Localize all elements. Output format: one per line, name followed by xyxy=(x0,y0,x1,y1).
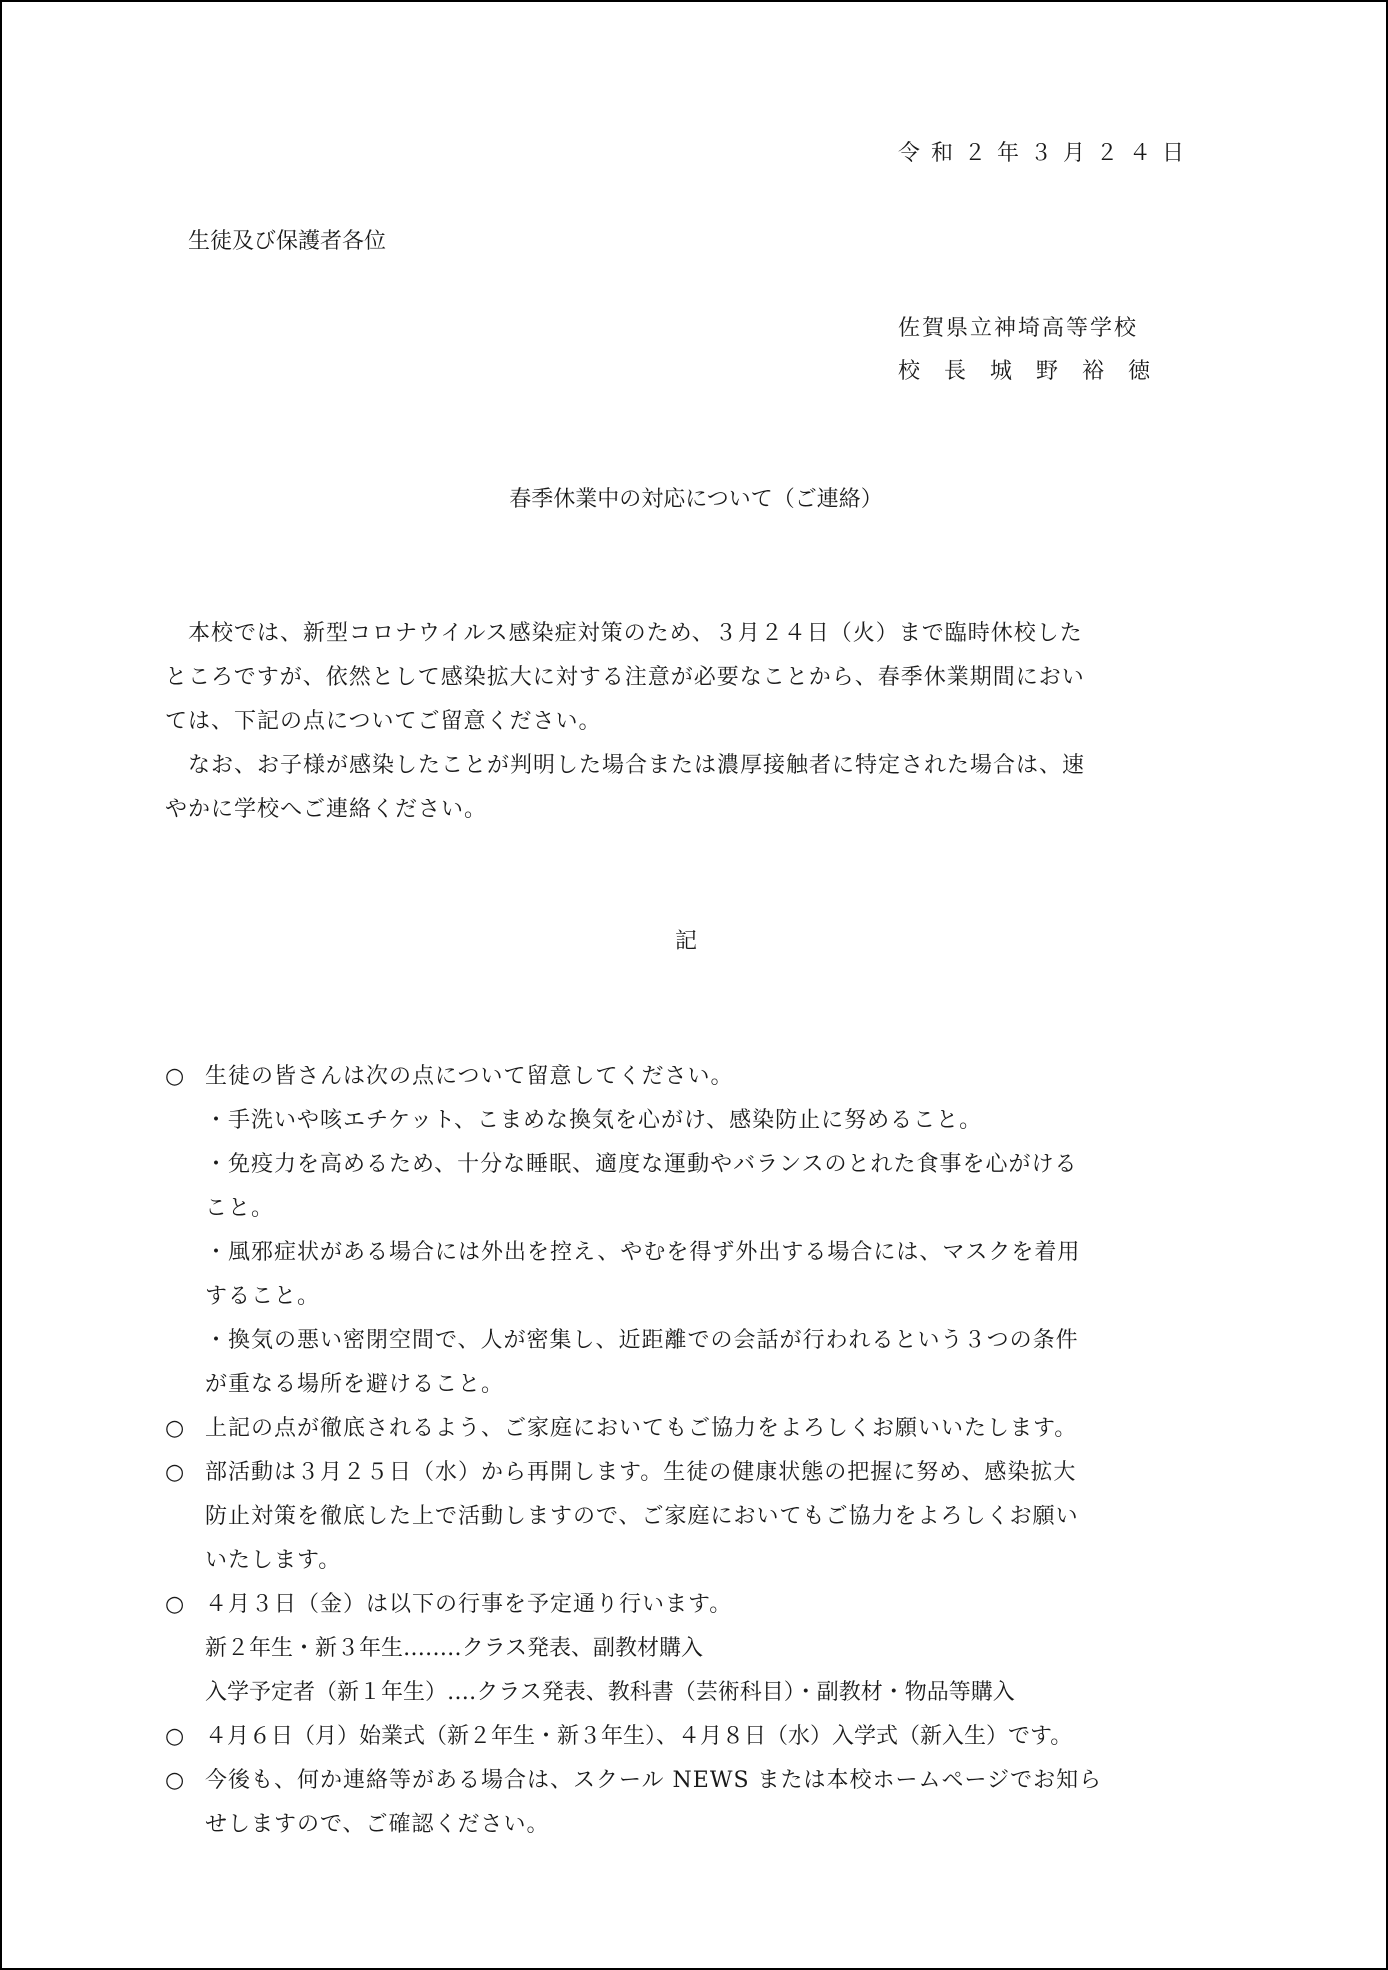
note-line: ４月３日（金）は以下の行事を予定通り行います。 xyxy=(205,1590,732,1620)
note-line: 生徒の皆さんは次の点について留意してください。 xyxy=(205,1062,734,1092)
bullet-circle-icon: ○ xyxy=(165,1590,184,1620)
bullet-circle-icon: ○ xyxy=(165,1062,184,1092)
bullet-circle-icon: ○ xyxy=(165,1458,184,1488)
bullet-circle-icon: ○ xyxy=(165,1766,184,1796)
date: 令 和 ２ 年 ３ 月 ２ ４ 日 xyxy=(898,139,1186,169)
subitem-line: すること。 xyxy=(205,1282,320,1312)
note-line: 今後も、何か連絡等がある場合は、スクール NEWS または本校ホームページでお知… xyxy=(205,1766,1102,1796)
note-line: 部活動は３月２５日（水）から再開します。生徒の健康状態の把握に努め、感染拡大 xyxy=(205,1458,1076,1488)
bullet-circle-icon: ○ xyxy=(165,1722,184,1752)
sender-principal: 校 長 城 野 裕 徳 xyxy=(898,357,1151,387)
sender-school: 佐賀県立神埼高等学校 xyxy=(898,314,1138,344)
note-line: ４月６日（月）始業式（新２年生・新３年生）、４月８日（水）入学式（新入生）です。 xyxy=(205,1722,1072,1752)
addressee: 生徒及び保護者各位 xyxy=(188,227,386,257)
subitem-line: ・手洗いや咳エチケット、こまめな換気を心がけ、感染防止に努めること。 xyxy=(205,1106,982,1136)
schedule-line: 新２年生・新３年生‥‥‥‥クラス発表、副教材購入 xyxy=(205,1634,703,1664)
schedule-line: 入学予定者（新１年生）‥‥クラス発表、教科書（芸術科目）・副教材・物品等購入 xyxy=(205,1678,1015,1708)
document-title: 春季休業中の対応について（ご連絡） xyxy=(2,485,1388,515)
body-line: なお、お子様が感染したことが判明した場合または濃厚接触者に特定された場合は、速 xyxy=(165,751,1085,781)
note-line: せしますので、ご確認ください。 xyxy=(205,1810,550,1840)
subitem-line: が重なる場所を避けること。 xyxy=(205,1370,504,1400)
body-line: ては、下記の点についてご留意ください。 xyxy=(165,707,602,737)
note-line: 防止対策を徹底した上で活動しますので、ご家庭においてもご協力をよろしくお願い xyxy=(205,1502,1079,1532)
note-line: いたします。 xyxy=(205,1546,341,1576)
subitem-line: ・換気の悪い密閉空間で、人が密集し、近距離での会話が行われるという３つの条件 xyxy=(205,1326,1079,1356)
bullet-circle-icon: ○ xyxy=(165,1414,184,1444)
body-line: やかに学校へご連絡ください。 xyxy=(165,795,487,825)
document-page: 令 和 ２ 年 ３ 月 ２ ４ 日 生徒及び保護者各位 佐賀県立神埼高等学校 校… xyxy=(0,0,1388,1970)
body-line: ところですが、依然として感染拡大に対する注意が必要なことから、春季休業期間におい xyxy=(165,663,1085,693)
body-line: 本校では、新型コロナウイルス感染症対策のため、３月２４日（火）まで臨時休校した xyxy=(165,619,1083,649)
note-line: 上記の点が徹底されるよう、ご家庭においてもご協力をよろしくお願いいたします。 xyxy=(205,1414,1077,1444)
subitem-line: こと。 xyxy=(205,1194,274,1224)
subitem-line: ・免疫力を高めるため、十分な睡眠、適度な運動やバランスのとれた食事を心がける xyxy=(205,1150,1077,1180)
subitem-line: ・風邪症状がある場合には外出を控え、やむを得ず外出する場合には、マスクを着用 xyxy=(205,1238,1080,1268)
ki-heading: 記 xyxy=(675,927,697,957)
